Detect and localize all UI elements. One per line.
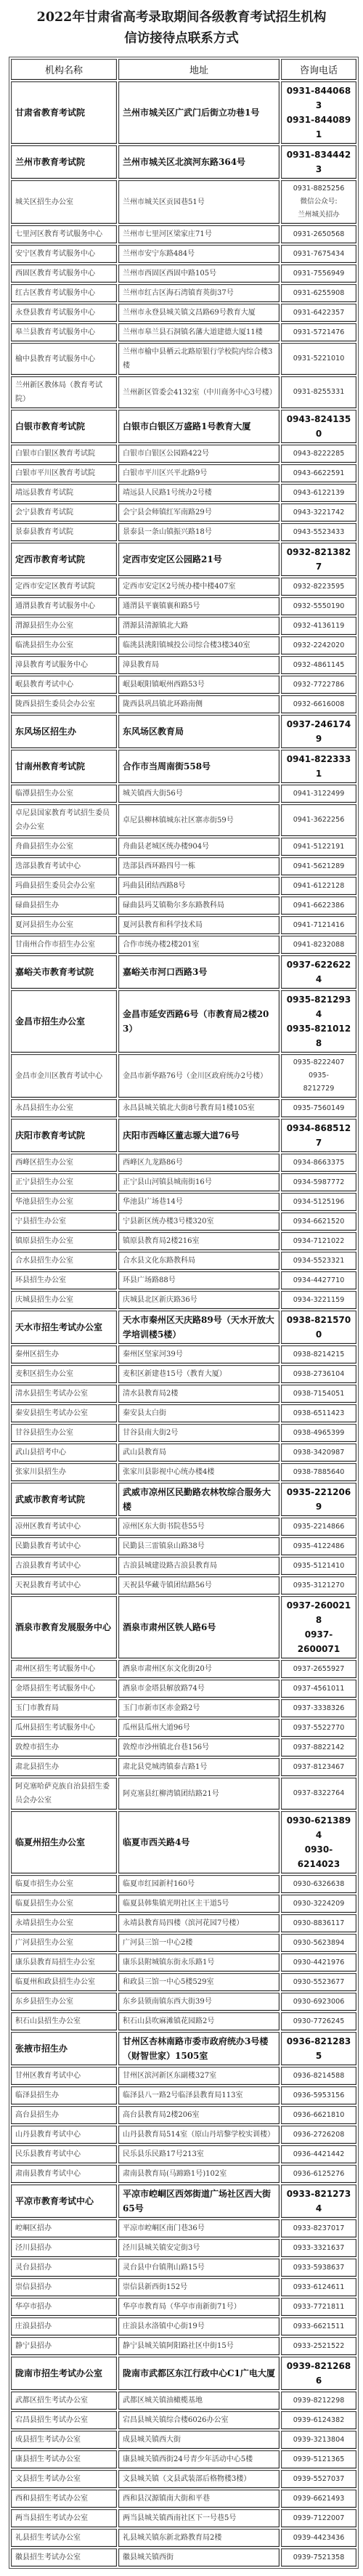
table-row: 民乐县教育考试中心民乐县乐民路17号213室0936-4421442: [11, 2145, 356, 2163]
phone-line: 0937-4561011: [285, 1682, 352, 1696]
phone-cell: 0934-6621520: [281, 1212, 356, 1231]
phone-cell: 0939-8212686: [281, 2357, 356, 2390]
phone-line: 0939-3213804: [285, 2434, 352, 2447]
address-cell: 敦煌市沙州镇北台巷156号: [118, 1738, 280, 1757]
table-row: 西和县招生考试办公室西和县汉源镇南大街和平巷0939-6621493: [11, 2490, 356, 2508]
institution-name-cell: 环县招生办公室: [11, 1271, 117, 1289]
address-cell: 环县广场路88号: [118, 1271, 280, 1289]
institution-name-cell: 凉州区教育考试中心: [11, 1518, 117, 1536]
table-row: 会宁县教育考试院会宁县会师镇红军南路29号0943-3221742: [11, 503, 356, 522]
phone-cell: 0939-5121365: [281, 2450, 356, 2468]
institution-name-cell: 肃北县招生办: [11, 1758, 117, 1776]
phone-cell: 0931-6255908: [281, 284, 356, 302]
phone-line: 0930-6923006: [285, 1996, 352, 2009]
table-row: 泾川县招办泾川县城关镇安定街3号0933-3321637: [11, 2239, 356, 2257]
phone-line: 0931-8825256: [285, 182, 352, 195]
institution-name-cell: 康乐县教育局招生办公室: [11, 1953, 117, 1972]
address-cell: 兰州市城关区北滨河东路364号: [118, 145, 280, 179]
phone-line: 0939-5527037: [285, 2473, 352, 2486]
phone-line: 兰州城关招办: [285, 208, 352, 222]
institution-name-cell: 永登县教育考试服务中心: [11, 304, 117, 322]
table-row: 碌曲县招生办碌曲县玛艾镇勒尔多东路教科局0941-6622386: [11, 896, 356, 915]
phone-cell: 0930-62138940930-6214023: [281, 1811, 356, 1874]
institution-name-cell: 迭部县教育考试中心: [11, 857, 117, 875]
phone-line: 0941-3122499: [285, 787, 352, 801]
table-row: 临泽县招生办临泽县八一路2号临泽县教育局113室0936-5953156: [11, 2086, 356, 2105]
phone-cell: 0937-8822142: [281, 1738, 356, 1757]
phone-cell: 0933-3321637: [281, 2239, 356, 2257]
table-row: 甘南州合作市招生办公室合作市统办楼2楼201室0941-8232088: [11, 936, 356, 954]
institution-name-cell: 岷县教育考试中心: [11, 676, 117, 694]
table-row: 环县招生办公室环县广场路88号0934-4427710: [11, 1271, 356, 1289]
address-cell: 民勤县三雷镇泉山路38号: [118, 1537, 280, 1555]
table-row-city-institution: 定西市教育考试院定西市安定区公园路21号0932-8213827: [11, 543, 356, 576]
address-cell: 和政县三馆一中心5楼529室: [118, 1973, 280, 1991]
phone-cell: 0939-7521358: [281, 2548, 356, 2567]
institution-name-cell: 靖远县教育考试院: [11, 484, 117, 502]
phone-cell: 0941-8232088: [281, 936, 356, 954]
table-row: 积石山县招生办公室积石山县吹麻滩镇花园路2号0930-7726245: [11, 2012, 356, 2030]
address-cell: 庄浪县水洛镇中心街19号: [118, 2317, 280, 2336]
phone-line: 0932-4136119: [285, 620, 352, 633]
table-row-city-institution: 武威市教育考试院武威市凉州区民勤路农林牧综合服务大楼0935-2212069: [11, 1483, 356, 1516]
table-row: 舟曲县招生办公室舟曲县老城区统办楼904号0941-5122191: [11, 838, 356, 856]
phone-cell: 0938-8214215: [281, 1345, 356, 1364]
table-row: 临夏县招生办公室临夏县韩集镇光明社区主干道5号0930-3224209: [11, 1895, 356, 1913]
phone-line: 0931-8440891: [285, 113, 352, 142]
institution-name-cell: 甘南州合作市招生办公室: [11, 936, 117, 954]
table-row-city-institution: 金昌市招生办公室金昌市延安西路6号（市教育局2楼203）0935-8212934…: [11, 990, 356, 1053]
phone-cell: 0932-7722786: [281, 676, 356, 694]
phone-cell: 0935-5121410: [281, 1557, 356, 1575]
institution-name-cell: 卓尼县国家教育考试招生委员会办公室: [11, 804, 117, 836]
phone-cell: 0933-6621511: [281, 2317, 356, 2336]
institution-name-cell: 镇原县招生办公室: [11, 1232, 117, 1250]
phone-cell: 0932-8223595: [281, 578, 356, 596]
phone-line: 0934-3221159: [285, 1294, 352, 1307]
table-row: 肃北县招生办肃北县党城湾镇泰吉路1号0937-8123467: [11, 1758, 356, 1776]
institution-name-cell: 康县招生考试办公室: [11, 2450, 117, 2468]
phone-cell: 0936-6125276: [281, 2165, 356, 2183]
phone-cell: 0941-5122191: [281, 838, 356, 856]
table-row: 礼县招生考试办公室礼县城关镇东新北路教育局2楼0939-4423436: [11, 2529, 356, 2547]
address-cell: 临泽县八一路2号临泽县教育局113室: [118, 2086, 280, 2105]
table-row-city-institution: 东风场区招生办东风场区教育局0937-2461749: [11, 715, 356, 748]
phone-line: 0937-2461749: [285, 717, 352, 746]
address-cell: 平凉市崆峒区南门巷36号: [118, 2219, 280, 2237]
table-row: 东乡县招生办公室东乡县锁南镇东西大街39号0930-6923006: [11, 1993, 356, 2011]
institution-name-cell: 定西市教育考试院: [11, 543, 117, 576]
table-row-city-institution: 陇南市招生考试办公室陇南市武都区东江行政中心C1广电大厦0939-8212686: [11, 2357, 356, 2390]
institution-name-cell: 崆峒区招办: [11, 2219, 117, 2237]
phone-cell: 0938-3420987: [281, 1443, 356, 1462]
table-row-city-institution: 酒泉市教育发展服务中心酒泉市肃州区铁人路6号0937-26002180937-2…: [11, 1596, 356, 1658]
address-cell: 灵台县中台镇荆山路15号: [118, 2259, 280, 2277]
phone-line: 0934-7121022: [285, 1235, 352, 1248]
phone-line: 0939-5121365: [285, 2453, 352, 2466]
phone-cell: 0936-8214588: [281, 2067, 356, 2085]
phone-cell: 0941-3122499: [281, 785, 356, 803]
phone-line: 0936-6621810: [285, 2109, 352, 2122]
institution-name-cell: 东风场区招生办: [11, 715, 117, 748]
table-row-city-institution: 天水市招生考试办公室天水市秦州区天庆路89号（天水开放大学培训楼5楼）0938-…: [11, 1311, 356, 1344]
header-institution-name: 机构名称: [11, 59, 117, 80]
phone-line: 0930-: [285, 1842, 352, 1857]
phone-line: 0941-3622256: [285, 814, 352, 827]
phone-cell: 0941-5621289: [281, 857, 356, 875]
institution-name-cell: 张家川县招生办: [11, 1463, 117, 1481]
institution-name-cell: 兰州市教育考试院: [11, 145, 117, 179]
institution-name-cell: 通渭县教育考试服务中心: [11, 597, 117, 615]
address-cell: 徽县城关镇西街: [118, 2548, 280, 2567]
table-row-city-institution: 甘南州教育考试院合作市当周南街558号0941-8223331: [11, 750, 356, 783]
phone-line: 0943-3221742: [285, 506, 352, 519]
table-row: 武都区招生考试办公室武都区城关镇油橄榄基地0939-8212298: [11, 2391, 356, 2410]
phone-cell: 0936-6621810: [281, 2106, 356, 2124]
phone-cell: 0938-2736104: [281, 1365, 356, 1383]
phone-cell: 0933-7721811: [281, 2298, 356, 2316]
address-cell: 华亭市教育局（华亭市南新街71号）: [118, 2298, 280, 2316]
phone-cell: 0941-3622256: [281, 804, 356, 836]
phone-cell: 0931-2650568: [281, 225, 356, 243]
phone-cell: 0939-4423436: [281, 2529, 356, 2547]
address-cell: 白银市白银区公园路422号: [118, 445, 280, 463]
institution-name-cell: 秦州区招生办: [11, 1345, 117, 1364]
table-row: 景泰县教育考试院景泰县一条山镇振兴路18号0943-5523433: [11, 523, 356, 541]
phone-line: 0939-6124382: [285, 2414, 352, 2427]
phone-line: 0931-8440683: [285, 84, 352, 113]
phone-cell: 0932-6616008: [281, 695, 356, 713]
phone-cell: 0932-4136119: [281, 617, 356, 635]
institution-name-cell: 永昌县招生办公室: [11, 1099, 117, 1117]
phone-line: 微信公众号:: [285, 195, 352, 208]
institution-name-cell: 泾川县招办: [11, 2239, 117, 2257]
table-row: 庆城县招生办公室庆城县北区新庆路36号0934-3221159: [11, 1291, 356, 1309]
header-address: 地址: [118, 59, 280, 80]
address-cell: 靖远县人民路1号统办2号楼: [118, 484, 280, 502]
address-cell: 兰州市安宁东路484号: [118, 245, 280, 263]
phone-line: 0938-6511423: [285, 1407, 352, 1420]
table-row: 临洮县招生办公室临洮县洮阳镇城投公司综合楼3楼340室0932-2242020: [11, 636, 356, 655]
institution-name-cell: 古浪县教育考试中心: [11, 1557, 117, 1575]
phone-line: 0932-2242020: [285, 639, 352, 652]
table-header-row: 机构名称 地址 咨询电话: [11, 59, 356, 80]
address-cell: 酒泉市金塔县解放路74号: [118, 1680, 280, 1698]
phone-line: 0936-8212835: [285, 2034, 352, 2063]
table-row: 镇原县招生办公室镇原县教育局2楼216室0934-7121022: [11, 1232, 356, 1250]
phone-cell: 0937-2461749: [281, 715, 356, 748]
phone-line: 0939-6621493: [285, 2492, 352, 2506]
address-cell: 瓜州县瓜州大道96号: [118, 1719, 280, 1737]
phone-line: 0935-5121410: [285, 1560, 352, 1573]
table-row: 夏河县招生办公室夏河县教育和科学技术局0941-7121416: [11, 916, 356, 934]
address-cell: 东风场区教育局: [118, 715, 280, 748]
institution-name-cell: 庆城县招生办公室: [11, 1291, 117, 1309]
phone-line: 0939-7521358: [285, 2551, 352, 2564]
address-cell: 镇原县教育局2楼216室: [118, 1232, 280, 1250]
phone-line: 0938-8215700: [285, 1313, 352, 1342]
phone-line: 0937-8123467: [285, 1761, 352, 1774]
table-row-city-institution: 兰州市教育考试院兰州市城关区北滨河东路364号0931-8344423: [11, 145, 356, 179]
table-row-city-institution: 白银市教育考试院白银市白银区万盛路1号教育大厦0943-8241350: [11, 410, 356, 443]
phone-line: 0935-: [285, 1069, 352, 1082]
phone-line: 0932-8213827: [285, 545, 352, 574]
address-cell: 兰州市七里河区梁家庄71号: [118, 225, 280, 243]
institution-name-cell: 广河县招生办公室: [11, 1934, 117, 1952]
address-cell: 迭部县西环路四号一栋: [118, 857, 280, 875]
phone-cell: 0937-2655927: [281, 1660, 356, 1678]
address-cell: 定西市安定区公园路21号: [118, 543, 280, 576]
institution-name-cell: 白银市白银区教育考试院: [11, 445, 117, 463]
phone-line: 0933-7721811: [285, 2301, 352, 2314]
institution-name-cell: 景泰县教育考试院: [11, 523, 117, 541]
institution-name-cell: 碌曲县招生办: [11, 896, 117, 915]
phone-cell: 0934-8663375: [281, 1154, 356, 1172]
address-cell: 西和县汉源镇南大街和平巷: [118, 2490, 280, 2508]
phone-line: 0933-6621511: [285, 2320, 352, 2333]
table-row: 肃南县教育考试中心肃南县教育局(马蹄路1号)102室0936-6125276: [11, 2165, 356, 2183]
table-row: 凉州区教育考试中心凉州区东大街书院巷55号0935-2214866: [11, 1518, 356, 1536]
table-row: 红古区教育考试服务中心兰州市红古区海石湾镇育英街37号0931-6255908: [11, 284, 356, 302]
institution-name-cell: 皋兰县教育考试服务中心: [11, 323, 117, 341]
table-row-city-institution: 庆阳市教育考试院庆阳市西峰区董志塬大道76号0934-8685127: [11, 1119, 356, 1152]
institution-name-cell: 漳县教育考试服务中心: [11, 656, 117, 674]
phone-line: 0934-8685127: [285, 1121, 352, 1150]
address-cell: 碌曲县玛艾镇勒尔多东路教科局: [118, 896, 280, 915]
institution-name-cell: 临夏州招生办公室: [11, 1811, 117, 1874]
address-cell: 积石山县吹麻滩镇花园路2号: [118, 2012, 280, 2030]
phone-line: 0938-2736104: [285, 1368, 352, 1381]
table-row: 武山县招考中心武山县教育局0938-3420987: [11, 1443, 356, 1462]
phone-cell: 0931-8825256微信公众号:兰州城关招办: [281, 180, 356, 224]
institution-name-cell: 庆阳市教育考试院: [11, 1119, 117, 1152]
phone-line: 0930-6213894: [285, 1813, 352, 1842]
institution-name-cell: 阿克塞哈萨克族自治县招生委员会办公室: [11, 1778, 117, 1810]
phone-cell: 0935-3121270: [281, 1576, 356, 1595]
phone-line: 0936-4421442: [285, 2148, 352, 2161]
phone-line: 0934-8663375: [285, 1157, 352, 1170]
address-cell: 景泰县一条山镇振兴路18号: [118, 523, 280, 541]
address-cell: 合作市当周南街558号: [118, 750, 280, 783]
table-row-city-institution: 平凉市教育考试中心平凉市崆峒区西郊街道广场社区西大街65号0933-821273…: [11, 2184, 356, 2218]
address-cell: 泾川县城关镇安定街3号: [118, 2239, 280, 2257]
table-row: 临夏州和政县招生办公室和政县三馆一中心5楼529室0930-5523677: [11, 1973, 356, 1991]
address-cell: 宕昌县城关镇综合楼6026办公室: [118, 2411, 280, 2429]
address-cell: 定西市安定区2号统办楼中楼407室: [118, 578, 280, 596]
phone-cell: 0930-6923006: [281, 1993, 356, 2011]
phone-line: 0943-6122139: [285, 487, 352, 500]
phone-cell: 0934-4427710: [281, 1271, 356, 1289]
table-row: 永靖县招生办公室永靖县教育局四楼（滨河花园7号楼）0930-8836117: [11, 1914, 356, 1932]
phone-cell: 0939-8212298: [281, 2391, 356, 2410]
address-cell: 嘉峪关市河口西路3号: [118, 955, 280, 989]
phone-cell: 0935-2212069: [281, 1483, 356, 1516]
institution-name-cell: 临夏州和政县招生办公室: [11, 1973, 117, 1991]
phone-line: 0931-6255908: [285, 287, 352, 300]
table-row: 合水县招生办公室合水县文化东路教科局0934-5523321: [11, 1252, 356, 1270]
phone-cell: 0943-3221742: [281, 503, 356, 522]
phone-line: 0935-2212069: [285, 1485, 352, 1514]
institution-name-cell: 金昌市金川区教育考试中心: [11, 1054, 117, 1098]
institution-name-cell: 东乡县招生办公室: [11, 1993, 117, 2011]
institution-name-cell: 甘肃省教育考试院: [11, 81, 117, 144]
phone-cell: 0943-6622591: [281, 464, 356, 482]
phone-cell: 0937-4561011: [281, 1680, 356, 1698]
phone-cell: 0937-5522770: [281, 1719, 356, 1737]
institution-name-cell: 肃州区招生考试服务中心: [11, 1660, 117, 1678]
institution-name-cell: 红古区教育考试服务中心: [11, 284, 117, 302]
phone-line: 0930-5523677: [285, 1976, 352, 1989]
phone-cell: 0931-5721476: [281, 323, 356, 341]
table-row-city-institution: 甘肃省教育考试院兰州市城关区广武门后街立功巷1号0931-84406830931…: [11, 81, 356, 144]
phone-cell: 0933-8212734: [281, 2184, 356, 2218]
header-phone: 咨询电话: [281, 59, 356, 80]
phone-line: 0943-8241350: [285, 412, 352, 441]
phone-line: 0931-8344423: [285, 147, 352, 177]
address-cell: 酒泉市肃州区东文化街20号: [118, 1660, 280, 1678]
table-row: 宁县招生办公室宁县新区统办楼3号楼320室0934-6621520: [11, 1212, 356, 1231]
address-cell: 兰州市榆中县栖云北路原银行学校院内综合楼3楼: [118, 343, 280, 375]
address-cell: 武威市凉州区民勤路农林牧综合服务大楼: [118, 1483, 280, 1516]
table-row: 徽县招生考试办公室徽县城关镇西街0939-7521358: [11, 2548, 356, 2567]
phone-line: 0938-7154051: [285, 1388, 352, 1401]
institution-name-cell: 永靖县招生办公室: [11, 1914, 117, 1932]
institution-name-cell: 武威市教育考试院: [11, 1483, 117, 1516]
phone-line: 0939-4423436: [285, 2532, 352, 2545]
institution-name-cell: 合水县招生办公室: [11, 1252, 117, 1270]
institution-name-cell: 甘南州教育考试院: [11, 750, 117, 783]
table-row: 华池县招生办公室华池县广场巷14号0934-5125196: [11, 1193, 356, 1211]
table-row: 临潭县招生办公室城关镇西大街56号0941-3122499: [11, 785, 356, 803]
phone-line: 0938-8214215: [285, 1348, 352, 1361]
address-cell: 肃南县教育局(马蹄路1号)102室: [118, 2165, 280, 2183]
address-cell: 酒泉市肃州区铁人路6号: [118, 1596, 280, 1658]
phone-line: 0930-6326638: [285, 1878, 352, 1891]
title-line-2: 信访接待点联系方式: [0, 28, 363, 49]
institution-name-cell: 天水市招生考试办公室: [11, 1311, 117, 1344]
institution-name-cell: 华池县招生办公室: [11, 1193, 117, 1211]
institution-name-cell: 舟曲县招生办公室: [11, 838, 117, 856]
address-cell: 兰州市红古区海石湾镇育英街37号: [118, 284, 280, 302]
institution-name-cell: 民勤县教育考试中心: [11, 1537, 117, 1555]
institution-name-cell: 陇南市招生考试办公室: [11, 2357, 117, 2390]
phone-cell: 0930-4421976: [281, 1953, 356, 1972]
table-row: 成县招生考试办公室成县城关镇西大街0939-3213804: [11, 2431, 356, 2449]
institution-name-cell: 武山县招考中心: [11, 1443, 117, 1462]
institution-name-cell: 临夏市招生办公室: [11, 1875, 117, 1893]
institution-name-cell: 瓜州县招生考试服务中心: [11, 1719, 117, 1737]
institution-name-cell: 临泽县招生办: [11, 2086, 117, 2105]
phone-line: 0937-6226224: [285, 957, 352, 987]
phone-line: 0931-8255331: [285, 386, 352, 399]
table-row: 张家川县招生办张家川县影视中心统办楼4楼0938-7885640: [11, 1463, 356, 1481]
address-cell: 凉州区东大街书院巷55号: [118, 1518, 280, 1536]
address-cell: 甘州区滨河新区东副楼327室: [118, 2067, 280, 2085]
table-row-city-institution: 张掖市招生办甘州区杏林南路市委市政府统办3号楼（财智世家）1505室0936-8…: [11, 2032, 356, 2065]
phone-cell: 0936-8212835: [281, 2032, 356, 2065]
table-row: 迭部县教育考试中心迭部县西环路四号一栋0941-5621289: [11, 857, 356, 875]
phone-line: 0930-7726245: [285, 2015, 352, 2028]
address-cell: 白银市平川区兴平北路9号: [118, 464, 280, 482]
institution-name-cell: 白银市平川区教育考试院: [11, 464, 117, 482]
address-cell: 通渭县平襄镇襄和路5号: [118, 597, 280, 615]
phone-cell: 0936-5953156: [281, 2086, 356, 2105]
institution-name-cell: 西和县招生考试办公室: [11, 2490, 117, 2508]
phone-line: 0938-4965399: [285, 1427, 352, 1440]
address-cell: 武山县教育局: [118, 1443, 280, 1462]
phone-line: 0930-4421976: [285, 1956, 352, 1969]
institution-name-cell: 宁县招生办公室: [11, 1212, 117, 1231]
phone-cell: 0938-6511423: [281, 1404, 356, 1422]
address-cell: 渭源县清源镇北大路: [118, 617, 280, 635]
address-cell: 康乐县附城镇东街永乐路1号: [118, 1953, 280, 1972]
phone-line: 0935-7560149: [285, 1102, 352, 1115]
phone-cell: 0933-8237017: [281, 2219, 356, 2237]
phone-line: 0931-7556949: [285, 267, 352, 280]
address-cell: 岷县岷阳镇岷州西路53号: [118, 676, 280, 694]
phone-cell: 0935-82224070935-8212729: [281, 1054, 356, 1098]
institution-name-cell: 安宁区教育考试服务中心: [11, 245, 117, 263]
address-cell: 华池县广场巷14号: [118, 1193, 280, 1211]
address-cell: 宁县新区统办楼3号楼320室: [118, 1212, 280, 1231]
address-cell: 兰州新区管委会4132室（中川商务中心3号楼）: [118, 376, 280, 408]
phone-cell: 0939-7122007: [281, 2509, 356, 2527]
bottom-spacer: [0, 2569, 363, 2576]
table-row: 麦积区招生办公室麦积区新建巷15号（教育大厦）0938-2736104: [11, 1365, 356, 1383]
address-cell: 永靖县教育局四楼（滨河花园7号楼）: [118, 1914, 280, 1932]
address-cell: 阿克塞县红柳湾镇团结路21号: [118, 1778, 280, 1810]
table-row-city-institution: 嘉峪关市教育考试院嘉峪关市河口西路3号0937-6226224: [11, 955, 356, 989]
institution-name-cell: 麦积区招生办公室: [11, 1365, 117, 1383]
phone-cell: 0938-7885640: [281, 1463, 356, 1481]
institution-name-cell: 夏河县招生办公室: [11, 916, 117, 934]
phone-cell: 0939-3213804: [281, 2431, 356, 2449]
phone-line: 0934-5523321: [285, 1255, 352, 1268]
phone-cell: 0932-4861145: [281, 656, 356, 674]
phone-line: 0935-8212934: [285, 992, 352, 1021]
table-row: 永登县教育考试服务中心兰州市永登县城关镇文昌路69号教育大厦0931-64223…: [11, 304, 356, 322]
address-cell: 会宁县会师镇红军南路29号: [118, 503, 280, 522]
phone-line: 0932-4861145: [285, 659, 352, 672]
address-cell: 城关镇西大街56号: [118, 785, 280, 803]
address-cell: 肃北县党城湾镇泰吉路1号: [118, 1758, 280, 1776]
phone-cell: 0943-8241350: [281, 410, 356, 443]
phone-line: 0939-8212298: [285, 2394, 352, 2407]
address-cell: 兰州市皋兰县石洞镇名藩大道建德大厦11楼: [118, 323, 280, 341]
table-row: 安宁区教育考试服务中心兰州市安宁东路484号0931-7675434: [11, 245, 356, 263]
phone-cell: 0934-5523321: [281, 1252, 356, 1270]
phone-cell: 0930-7726245: [281, 2012, 356, 2030]
table-row: 玉门市教育局玉门市新市区赤金路2号0937-3338326: [11, 1699, 356, 1717]
table-row: 靖远县教育考试院靖远县人民路1号统办2号楼0943-6122139: [11, 484, 356, 502]
institution-name-cell: 酒泉市教育发展服务中心: [11, 1596, 117, 1658]
phone-line: 0941-8223331: [285, 752, 352, 781]
institution-name-cell: 玉门市教育局: [11, 1699, 117, 1717]
address-cell: 临夏市西关路4号: [118, 1811, 280, 1874]
phone-line: 0937-2655927: [285, 1663, 352, 1676]
table-row: 金昌市金川区教育考试中心金昌市新华路76号（金川区政府统办2号楼）0935-82…: [11, 1054, 356, 1098]
phone-line: 0943-6622591: [285, 467, 352, 480]
phone-line: 0935-8222407: [285, 1056, 352, 1069]
phone-line: 0932-6616008: [285, 698, 352, 711]
phone-line: 0936-2726208: [285, 2129, 352, 2142]
address-cell: 广河县三馆一中心2楼: [118, 1934, 280, 1952]
table-row: 崇信县招办崇信县新西街152号0933-6124611: [11, 2278, 356, 2296]
phone-line: 0937-5522770: [285, 1722, 352, 1735]
address-cell: 文县城关镇（文县武装部后格物楼3楼）: [118, 2470, 280, 2488]
phone-line: 0936-8214588: [285, 2070, 352, 2083]
address-cell: 兰州市城关区广武门后街立功巷1号: [118, 81, 280, 144]
